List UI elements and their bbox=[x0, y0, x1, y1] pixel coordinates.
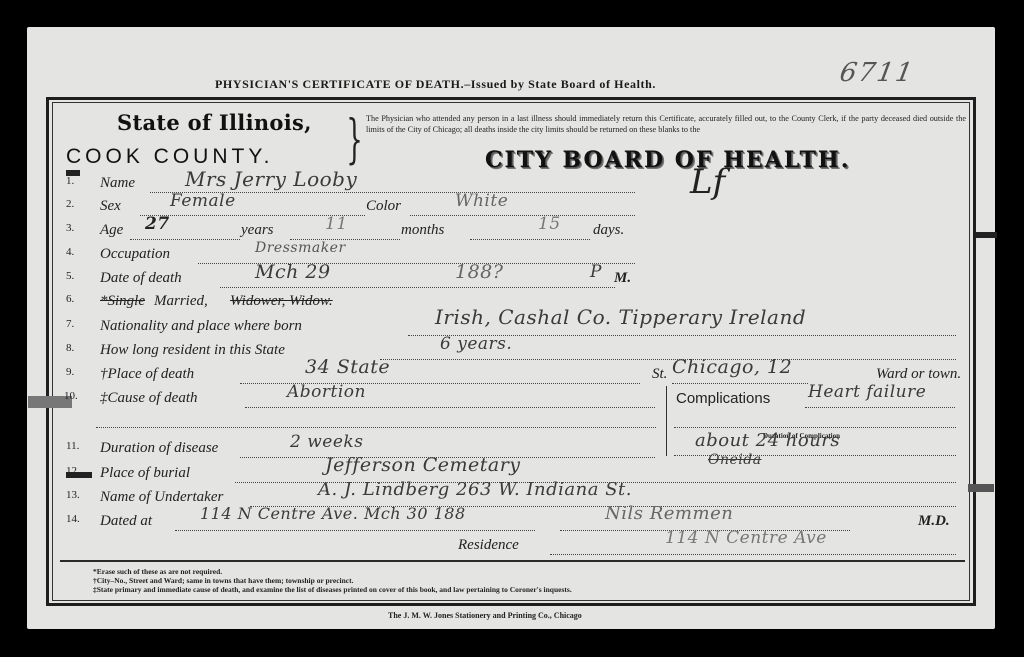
age-years-value[interactable]: 27 bbox=[145, 214, 170, 234]
complications-value[interactable]: Heart failure bbox=[808, 382, 926, 402]
footnote-divider bbox=[60, 560, 965, 562]
registrar-mark: Lf bbox=[690, 162, 725, 202]
printer-imprint: The J. M. W. Jones Stationery and Printi… bbox=[388, 611, 582, 620]
age-months-value[interactable]: 11 bbox=[325, 214, 348, 234]
ward-line bbox=[672, 383, 808, 384]
brace-glyph: } bbox=[346, 110, 363, 170]
occupation-value[interactable]: Dressmaker bbox=[255, 240, 346, 256]
footnote-1: *Erase such of these as are not required… bbox=[93, 567, 572, 576]
side-tab-right-bottom bbox=[968, 484, 994, 492]
filing-notice: The Physician who attended any person in… bbox=[366, 113, 966, 135]
residency-value[interactable]: 6 years. bbox=[440, 334, 512, 354]
certificate-title: PHYSICIAN'S CERTIFICATE OF DEATH.–Issued… bbox=[215, 77, 656, 92]
footnote-3: ‡State primary and immediate cause of de… bbox=[93, 585, 572, 594]
dated-at-line bbox=[175, 530, 535, 531]
cause-continuation-line bbox=[96, 427, 656, 428]
days-line bbox=[470, 239, 590, 240]
duration-value[interactable]: 2 weeks bbox=[290, 432, 363, 452]
burial-struck-value[interactable]: Oneida bbox=[708, 452, 762, 468]
cause-line bbox=[245, 407, 655, 408]
death-year-value[interactable]: 188? bbox=[455, 261, 503, 283]
nationality-value[interactable]: Irish, Cashal Co. Tipperary Ireland bbox=[435, 305, 806, 329]
column-divider bbox=[666, 386, 667, 456]
years-line bbox=[130, 239, 240, 240]
place-of-death-value[interactable]: 34 State bbox=[305, 356, 390, 378]
state-heading: State of Illinois, bbox=[117, 110, 312, 135]
sex-value[interactable]: Female bbox=[170, 191, 236, 211]
city-ward-value[interactable]: Chicago, 12 bbox=[672, 356, 792, 378]
residency-line bbox=[380, 359, 956, 360]
complications-continuation-line bbox=[674, 427, 956, 428]
date-of-death-line bbox=[220, 287, 615, 288]
status-single: *Single bbox=[100, 293, 145, 310]
side-tab-right-top bbox=[975, 232, 997, 238]
certificate-number: 6711 bbox=[837, 58, 916, 88]
footnotes: *Erase such of these as are not required… bbox=[93, 567, 572, 594]
status-married: Married, bbox=[154, 293, 208, 310]
undertaker-value[interactable]: A. J. Lindberg 263 W. Indiana St. bbox=[318, 479, 632, 500]
color-value[interactable]: White bbox=[455, 191, 508, 211]
name-value[interactable]: Mrs Jerry Looby bbox=[185, 167, 357, 191]
county-heading: COOK COUNTY. bbox=[66, 145, 273, 169]
burial-value[interactable]: Jefferson Cemetary bbox=[325, 454, 521, 476]
residence-line bbox=[550, 554, 956, 555]
death-time-value[interactable]: P bbox=[590, 262, 602, 282]
death-date-value[interactable]: Mch 29 bbox=[255, 261, 331, 283]
cause-value[interactable]: Abortion bbox=[287, 382, 366, 402]
board-heading: CITY BOARD OF HEALTH. bbox=[485, 147, 850, 173]
complications-line bbox=[805, 407, 955, 408]
residence-value[interactable]: 114 N Centre Ave bbox=[665, 528, 827, 548]
dated-at-value[interactable]: 114 N Centre Ave. Mch 30 188 bbox=[200, 504, 466, 523]
complication-duration-value[interactable]: about 24 hours bbox=[695, 430, 840, 451]
burial-pointer-mark bbox=[66, 472, 92, 478]
physician-signature[interactable]: Nils Remmen bbox=[605, 503, 733, 524]
status-widower: Widower, Widow. bbox=[230, 293, 333, 310]
color-line bbox=[410, 215, 635, 216]
age-days-value[interactable]: 15 bbox=[538, 214, 561, 234]
footnote-2: †City–No., Street and Ward; same in town… bbox=[93, 576, 572, 585]
